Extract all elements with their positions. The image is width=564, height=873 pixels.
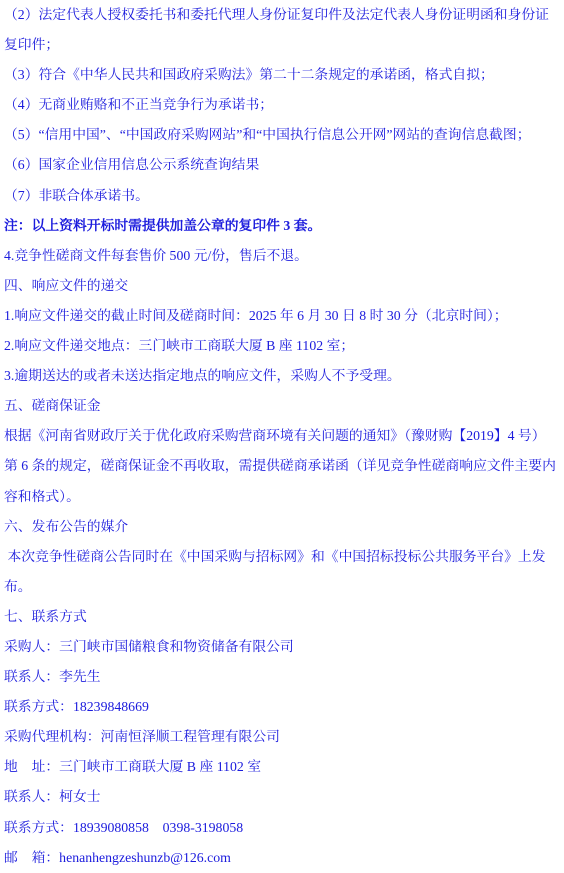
doc-line: 复印件； — [4, 30, 562, 60]
doc-line: 邮 箱：henanhengzeshunzb@126.com — [4, 843, 562, 873]
document-page: （2）法定代表人授权委托书和委托代理人身份证复印件及法定代表人身份证明函和身份证… — [0, 0, 564, 873]
doc-line: 联系方式：18239848669 — [4, 692, 562, 722]
doc-line: 3.逾期送达的或者未送达指定地点的响应文件，采购人不予受理。 — [4, 361, 562, 391]
doc-line: 布。 — [4, 572, 562, 602]
doc-line: （4）无商业贿赂和不正当竞争行为承诺书； — [4, 90, 562, 120]
doc-line: （3）符合《中华人民共和国政府采购法》第二十二条规定的承诺函，格式自拟； — [4, 60, 562, 90]
doc-line: 地 址：三门峡市工商联大厦 B 座 1102 室 — [4, 752, 562, 782]
doc-line: 五、磋商保证金 — [4, 391, 562, 421]
doc-line: 2.响应文件递交地点：三门峡市工商联大厦 B 座 1102 室； — [4, 331, 562, 361]
doc-line: 采购人：三门峡市国储粮食和物资储备有限公司 — [4, 632, 562, 662]
doc-line: （6）国家企业信用信息公示系统查询结果 — [4, 150, 562, 180]
doc-line: 1.响应文件递交的截止时间及磋商时间：2025 年 6 月 30 日 8 时 3… — [4, 301, 562, 331]
doc-line: 七、联系方式 — [4, 602, 562, 632]
doc-line: （7）非联合体承诺书。 — [4, 181, 562, 211]
doc-line: 4.竞争性磋商文件每套售价 500 元/份，售后不退。 — [4, 241, 562, 271]
doc-line: 联系人：李先生 — [4, 662, 562, 692]
doc-line: （2）法定代表人授权委托书和委托代理人身份证复印件及法定代表人身份证明函和身份证 — [4, 0, 562, 30]
doc-line: 根据《河南省财政厅关于优化政府采购营商环境有关问题的通知》（豫财购【2019】4… — [4, 421, 562, 451]
doc-line: 第 6 条的规定，磋商保证金不再收取，需提供磋商承诺函（详见竞争性磋商响应文件主… — [4, 451, 562, 481]
doc-line: 注：以上资料开标时需提供加盖公章的复印件 3 套。 — [4, 211, 562, 241]
doc-line: 六、发布公告的媒介 — [4, 512, 562, 542]
doc-line: 容和格式）。 — [4, 482, 562, 512]
doc-line: （5）“信用中国”、“中国政府采购网站”和“中国执行信息公开网”网站的查询信息截… — [4, 120, 562, 150]
doc-line: 四、响应文件的递交 — [4, 271, 562, 301]
doc-line: 本次竞争性磋商公告同时在《中国采购与招标网》和《中国招标投标公共服务平台》上发 — [4, 542, 562, 572]
doc-line: 采购代理机构：河南恒泽顺工程管理有限公司 — [4, 722, 562, 752]
doc-line: 联系人：柯女士 — [4, 782, 562, 812]
doc-line: 联系方式：18939080858 0398-3198058 — [4, 813, 562, 843]
